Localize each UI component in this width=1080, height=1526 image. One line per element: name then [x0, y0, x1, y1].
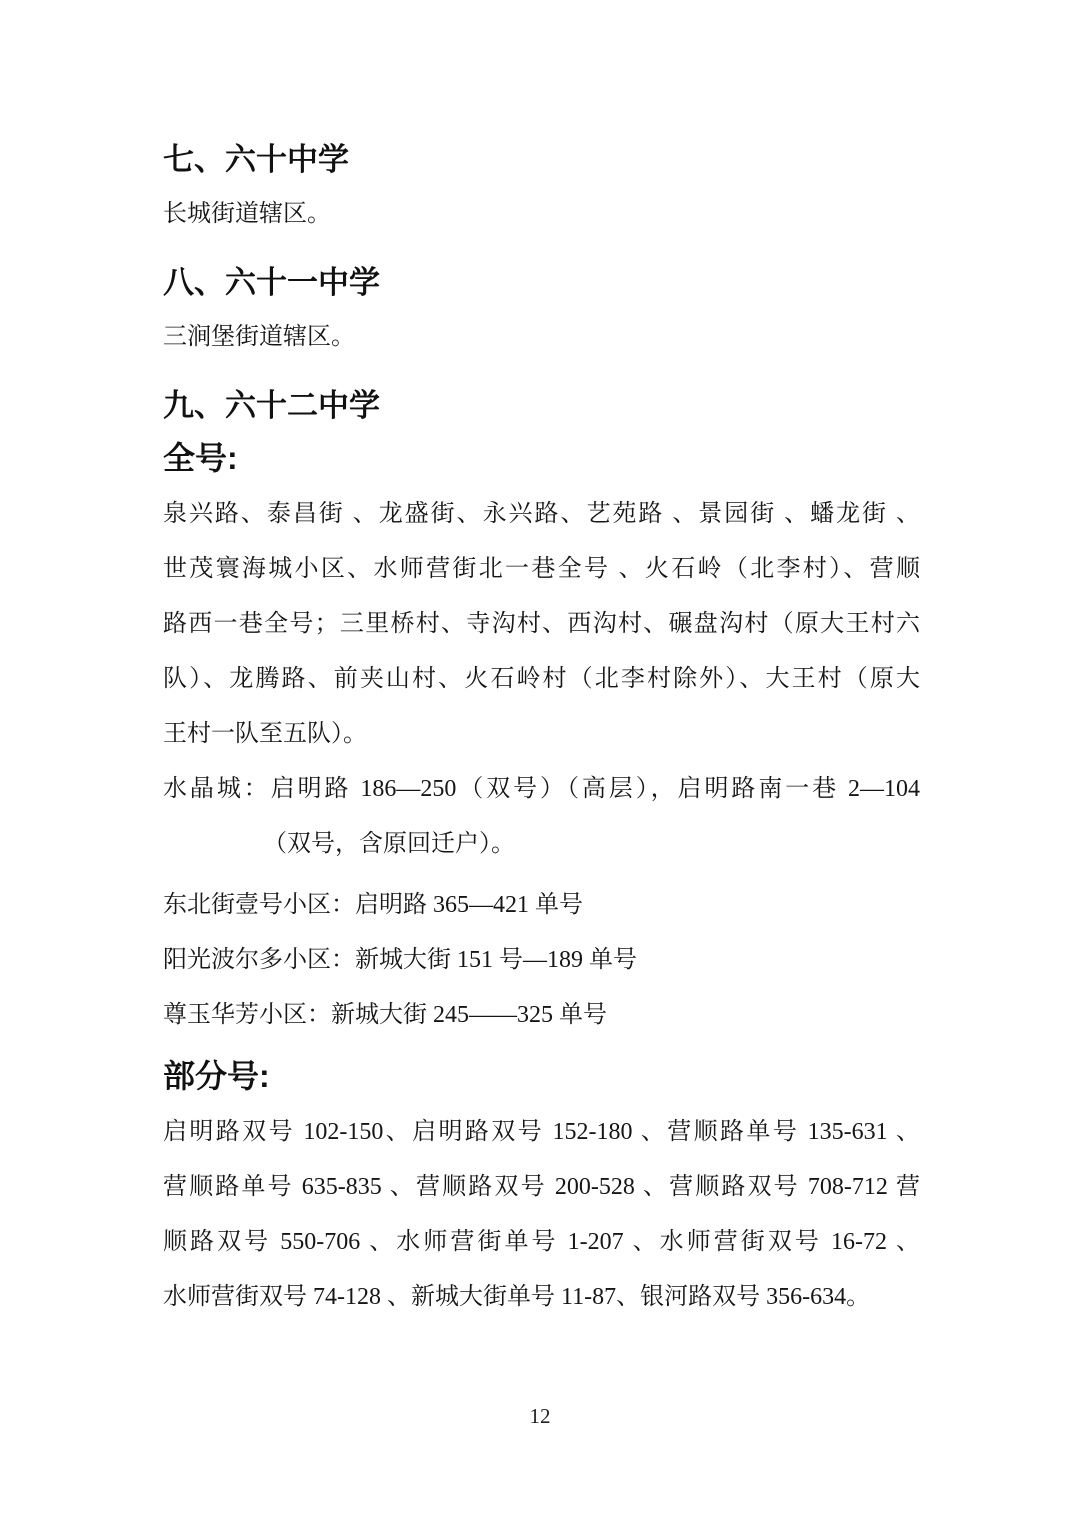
- document-page: 七、六十中学 长城街道辖区。 八、六十一中学 三涧堡街道辖区。 九、六十二中学 …: [0, 0, 1080, 1526]
- partial-numbers-line: 启明路双号 102-150、启明路双号 152-180 、营顺路单号 135-6…: [163, 1105, 920, 1160]
- estate-entry-zunyuhuafang: 尊玉华芳小区：新城大街 245——325 单号: [163, 988, 920, 1043]
- full-numbers-streets-paragraph: 泉兴路、泰昌街 、龙盛街、永兴路、艺苑路 、景园街 、蟠龙街 、 世茂寰海城小区…: [163, 487, 920, 762]
- crystal-city-line: 水晶城：启明路 186—250（双号）（高层），启明路南一巷 2—104: [163, 762, 920, 817]
- page-number: 12: [0, 1404, 1080, 1429]
- subheading-partial-numbers: 部分号:: [163, 1057, 920, 1095]
- partial-numbers-line: 顺路双号 550-706 、水师营街单号 1-207 、水师营街双号 16-72…: [163, 1215, 920, 1270]
- streets-line: 泉兴路、泰昌街 、龙盛街、永兴路、艺苑路 、景园街 、蟠龙街 、: [163, 487, 920, 542]
- estate-entry-yangguangboerduo: 阳光波尔多小区：新城大街 151 号—189 单号: [163, 933, 920, 988]
- streets-line: 世茂寰海城小区、水师营街北一巷全号 、火石岭（北李村）、营顺: [163, 542, 920, 597]
- subheading-full-numbers: 全号:: [163, 439, 920, 477]
- streets-line: 王村一队至五队）。: [163, 707, 920, 762]
- partial-numbers-line: 营顺路单号 635-835 、营顺路双号 200-528 、营顺路双号 708-…: [163, 1160, 920, 1215]
- estate-entry-dongbeijie: 东北街壹号小区：启明路 365—421 单号: [163, 878, 920, 933]
- section-body-school-60: 长城街道辖区。: [163, 187, 920, 242]
- crystal-city-entry: 水晶城：启明路 186—250（双号）（高层），启明路南一巷 2—104 （双号…: [163, 762, 920, 872]
- document-content: 七、六十中学 长城街道辖区。 八、六十一中学 三涧堡街道辖区。 九、六十二中学 …: [163, 141, 920, 1325]
- section-heading-school-62: 九、六十二中学: [163, 387, 920, 425]
- streets-line: 队）、龙腾路、前夹山村、火石岭村（北李村除外）、大王村（原大: [163, 652, 920, 707]
- crystal-city-line-continuation: （双号，含原回迁户）。: [163, 817, 920, 872]
- section-heading-school-61: 八、六十一中学: [163, 264, 920, 302]
- partial-numbers-paragraph: 启明路双号 102-150、启明路双号 152-180 、营顺路单号 135-6…: [163, 1105, 920, 1325]
- section-heading-school-60: 七、六十中学: [163, 141, 920, 179]
- partial-numbers-line: 水师营街双号 74-128 、新城大街单号 11-87、银河路双号 356-63…: [163, 1270, 920, 1325]
- section-body-school-61: 三涧堡街道辖区。: [163, 310, 920, 365]
- streets-line: 路西一巷全号；三里桥村、寺沟村、西沟村、碾盘沟村（原大王村六: [163, 597, 920, 652]
